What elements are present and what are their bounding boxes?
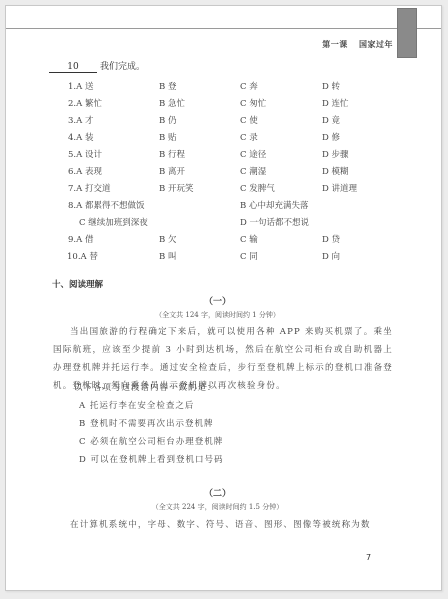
passage-2-number: （二） — [0, 486, 435, 499]
option-a: A 送 — [76, 82, 93, 92]
option-c: C 录 — [240, 131, 258, 143]
option-a: A 表现 — [76, 167, 102, 177]
choice-number: 5. — [68, 150, 76, 160]
option-c: C 奔 — [240, 80, 258, 92]
chapter-thumb-tab — [397, 8, 417, 58]
option-d: D 一句话都不想说 — [240, 216, 309, 228]
option-b: B 行程 — [159, 148, 185, 160]
option-c: C 使 — [240, 114, 258, 126]
option-b: B 离开 — [159, 165, 185, 177]
lesson-title: 国家过年 — [359, 40, 393, 49]
choice-number: 6. — [68, 167, 76, 177]
blank-answer: 10 — [49, 62, 97, 73]
option-d: D 贷 — [322, 233, 340, 245]
option-c: C 输 — [240, 233, 258, 245]
option-b: B 开玩笑 — [159, 182, 193, 194]
option-a: A 都累得不想做饭 — [76, 201, 144, 211]
option-c: C 继续加班到深夜 — [79, 216, 148, 228]
option-b: B 贴 — [159, 131, 176, 143]
choice-number: 7. — [68, 184, 76, 194]
option-a: A 装 — [76, 133, 93, 143]
choice-number: 4. — [68, 133, 76, 143]
option-b: B 急忙 — [159, 97, 185, 109]
option-d: D 修 — [322, 131, 340, 143]
fill-blank-line: 10我们完成。 — [49, 59, 145, 73]
option-a: A 替 — [81, 252, 98, 262]
header-rule — [6, 28, 401, 29]
passage-1-meta: （全文共 124 字，阅读时间约 1 分钟） — [0, 310, 435, 320]
header-rule-right — [416, 28, 441, 29]
option-c: C 匆忙 — [240, 97, 266, 109]
choice-number: 10. — [67, 252, 81, 262]
option-d: D 模糊 — [322, 165, 349, 177]
blank-text: 我们完成。 — [100, 62, 145, 72]
passage-1-option-d: D 可以在登机牌上看到登机口号码 — [79, 453, 224, 465]
choice-number: 8. — [68, 201, 76, 211]
option-b: B 心中却充满失落 — [240, 199, 308, 211]
option-a: A 设计 — [76, 150, 102, 160]
choice-number: 3. — [68, 116, 76, 126]
choice-number: 9. — [68, 235, 76, 245]
choice-number: 2. — [68, 99, 76, 109]
passage-1-number: （一） — [0, 294, 435, 307]
option-d: D 步骤 — [322, 148, 349, 160]
passage-2-paragraph: 在计算机系统中，字母、数字、符号、语音、图形、图像等被统称为数 — [53, 516, 393, 534]
passage-2-meta: （全文共 224 字，阅读时间约 1.5 分钟） — [0, 502, 435, 512]
option-d: D 竟 — [322, 114, 340, 126]
passage-1-question: 以下各项与这段话内容一致的是： — [74, 381, 217, 393]
option-a: A 打交道 — [76, 184, 110, 194]
option-d: D 连忙 — [322, 97, 349, 109]
option-c: C 途径 — [240, 148, 266, 160]
running-header: 第一课 国家过年 — [322, 39, 393, 50]
passage-1-option-c: C 必须在航空公司柜台办理登机牌 — [79, 435, 223, 447]
section-title: 十、阅读理解 — [52, 278, 103, 290]
passage-1-option-b: B 登机时不需要再次出示登机牌 — [79, 417, 213, 429]
lesson-label: 第一课 — [322, 40, 348, 49]
option-b: B 登 — [159, 80, 176, 92]
option-c: C 发脾气 — [240, 182, 275, 194]
choice-number: 1. — [68, 82, 76, 92]
option-d: D 讲道理 — [322, 182, 357, 194]
option-b: B 欠 — [159, 233, 176, 245]
option-a: A 借 — [76, 235, 93, 245]
option-b: B 仍 — [159, 114, 176, 126]
option-b: B 叫 — [159, 250, 176, 262]
option-c: C 潮湿 — [240, 165, 266, 177]
option-d: D 向 — [322, 250, 340, 262]
passage-1-option-a: A 托运行李在安全检查之后 — [79, 399, 194, 411]
page-number: 7 — [366, 553, 371, 562]
option-c: C 同 — [240, 250, 258, 262]
option-a: A 繁忙 — [76, 99, 102, 109]
option-d: D 转 — [322, 80, 340, 92]
option-a: A 才 — [76, 116, 93, 126]
